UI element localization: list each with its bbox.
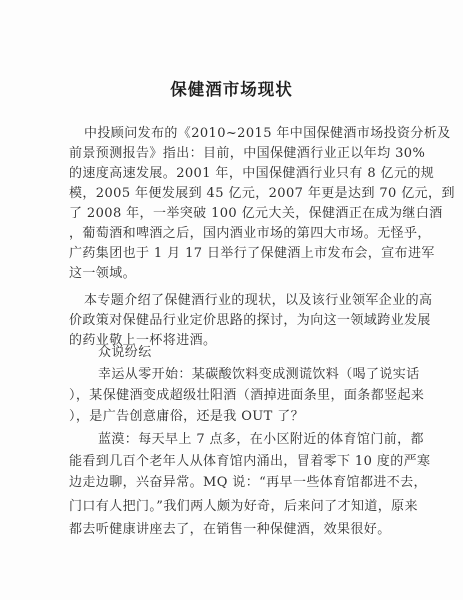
- paragraph-4-line-1: 蓝漠：每天早上 7 点多，在小区附近的体育馆门前，都: [98, 432, 394, 448]
- document-page: 保健酒市场现状 中投顾问发布的《2010~2015 年中国保健酒市场投资分析及 …: [0, 0, 463, 600]
- page-title: 保健酒市场现状: [0, 76, 463, 100]
- paragraph-4-line-2: 能看到几百个老年人从体育馆内涌出，冒着零下 10 度的严寒: [69, 454, 394, 470]
- paragraph-1-line-5: 了 2008 年，一举突破 100 亿元大关，保健酒正在成为继白酒: [69, 206, 394, 222]
- paragraph-1-line-2: 前景预测报告》指出：目前，中国保健酒行业正以年均 30%: [69, 146, 394, 162]
- paragraph-3-line-2: ），某保健酒变成超级壮阳酒（酒掉进面条里，面条都竖起来: [69, 388, 394, 404]
- paragraph-2-line-1: 本专题介绍了保健酒行业的现状，以及该行业领军企业的高: [84, 293, 394, 309]
- paragraph-1-line-7: 广药集团也于 1 月 17 日举行了保健酒上市发布会，宣布进军: [69, 246, 394, 262]
- paragraph-1-line-1: 中投顾问发布的《2010~2015 年中国保健酒市场投资分析及: [84, 126, 394, 142]
- section-heading: 众说纷纭: [98, 345, 152, 361]
- paragraph-1-line-8: 这一领域。: [69, 266, 394, 282]
- paragraph-3-line-3: ），是广告创意庸俗，还是我 OUT 了？: [69, 409, 394, 425]
- paragraph-4-line-5: 都去听健康讲座去了，在销售一种保健酒，效果很好。: [69, 522, 394, 538]
- paragraph-1-line-4: 模，2005 年便发展到 45 亿元，2007 年更是达到 70 亿元，到: [69, 186, 394, 202]
- paragraph-3-line-1: 幸运从零开始：某碳酸饮料变成测谎饮料（喝了说实话: [98, 367, 394, 383]
- paragraph-1-line-6: ，葡萄酒和啤酒之后，国内酒业市场的第四大市场。无怪乎，: [69, 226, 394, 242]
- paragraph-4-line-4: 门口有人把门。”我们两人颇为好奇，后来问了才知道，原来: [69, 499, 394, 515]
- paragraph-4-line-3: 边走边聊，兴奋异常。MQ 说：“再早一些体育馆都进不去，: [69, 475, 394, 491]
- paragraph-1-line-3: 的速度高速发展。2001 年，中国保健酒行业只有 8 亿元的规: [69, 166, 394, 182]
- paragraph-2-line-2: 价政策对保健品行业定价思路的探讨，为向这一领域跨业发展: [69, 313, 394, 329]
